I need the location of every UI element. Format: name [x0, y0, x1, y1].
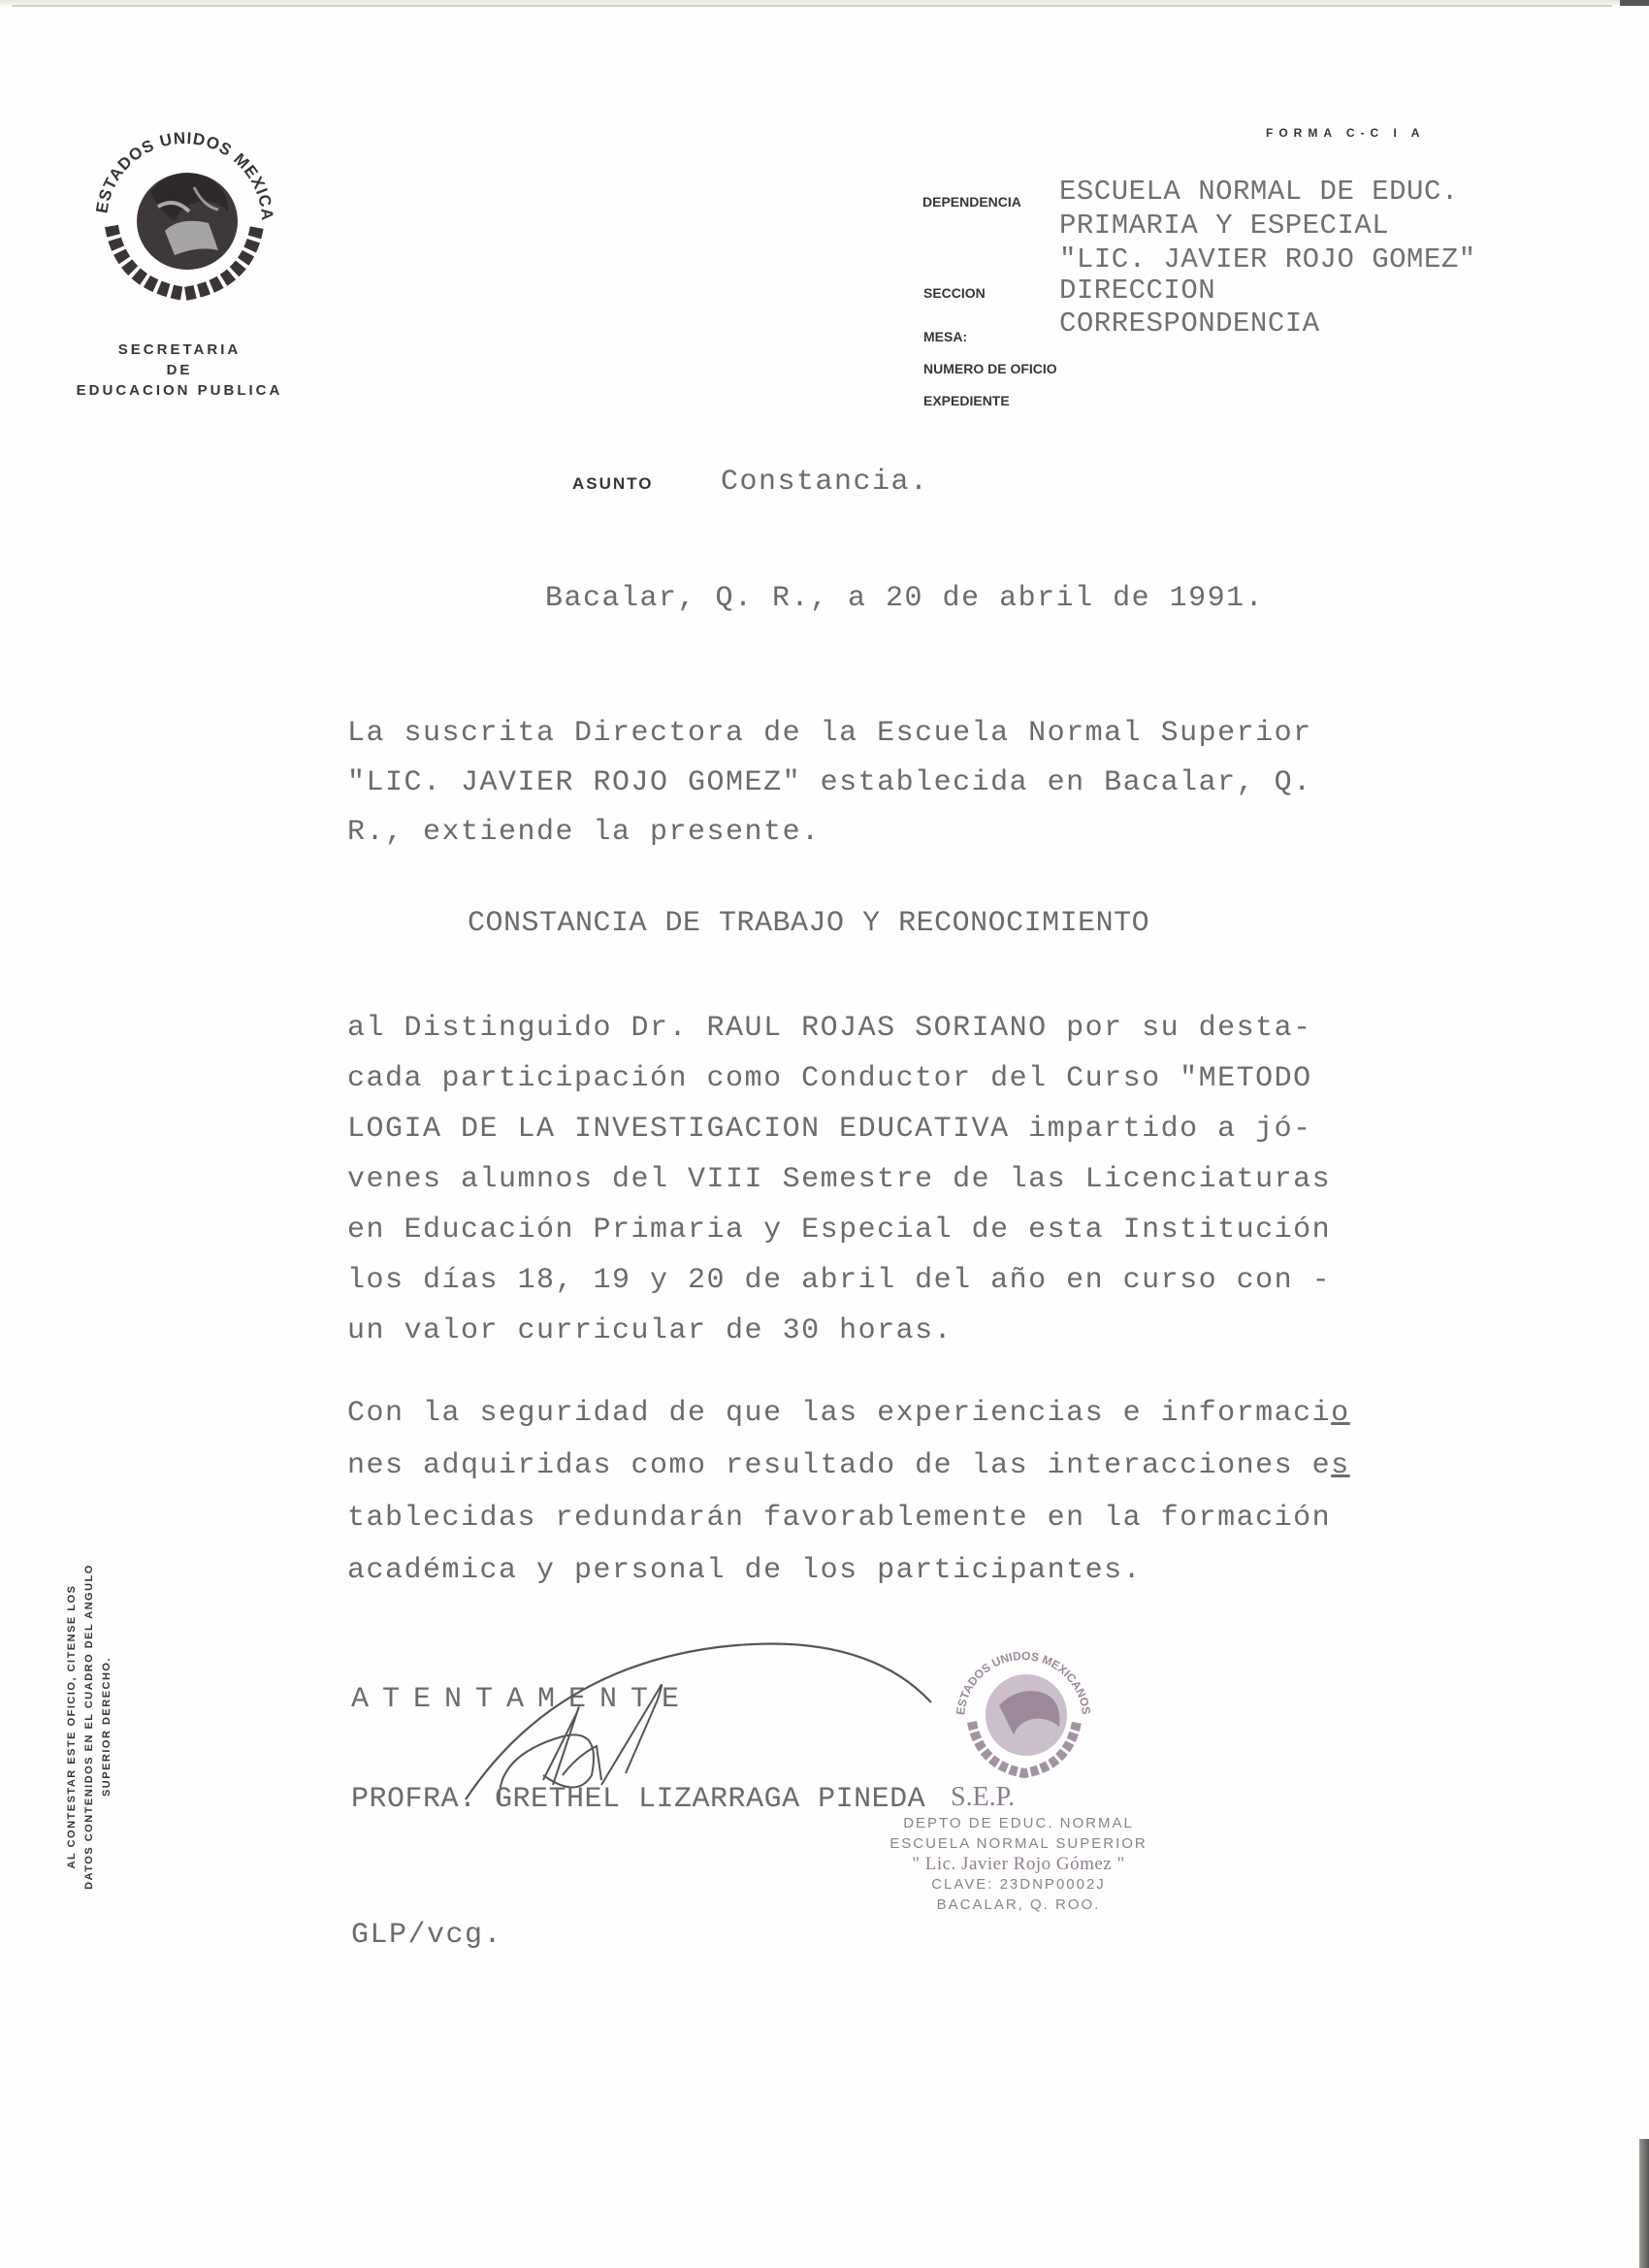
mesa-value: CORRESPONDENCIA	[1059, 309, 1320, 338]
dependencia-label: DEPENDENCIA	[922, 194, 1021, 210]
place-date: Bacalar, Q. R., a 20 de abril de 1991.	[545, 582, 1264, 615]
seccion-label: SECCION	[923, 285, 986, 301]
mexican-coat-of-arms-seal-icon: ESTADOS UNIDOS MEXICANOS	[82, 114, 286, 318]
form-code: FORMA C-C I A	[1266, 126, 1425, 140]
scan-edge-shadow-top	[1620, 0, 1649, 6]
dependencia-value-line-1: ESCUELA NORMAL DE EDUC.	[1059, 178, 1459, 206]
mesa-label: MESA:	[923, 329, 967, 344]
asunto-label: ASUNTO	[572, 474, 653, 494]
signer-name: PROFRA. GRETHEL LIZARRAGA PINEDA	[351, 1783, 925, 1816]
ministry-name: SECRETARIA DE EDUCACION PUBLICA	[58, 340, 301, 401]
body-paragraph-1: La suscrita Directora de la Escuela Norm…	[347, 709, 1312, 858]
asunto-value: Constancia.	[721, 466, 929, 499]
official-stamp-seal-icon: ESTADOS UNIDOS MEXICANOS	[951, 1639, 1096, 1785]
dependencia-value-line-3: "LIC. JAVIER ROJO GOMEZ"	[1059, 245, 1476, 274]
stamp-agency: S.E.P.	[951, 1782, 1183, 1813]
numero-de-oficio-label: NUMERO DE OFICIO	[923, 361, 1057, 376]
reference-initials: GLP/vcg.	[351, 1919, 502, 1952]
scan-edge-shadow	[1639, 2139, 1649, 2268]
body-paragraph-3: Con la seguridad de que las experiencias…	[347, 1387, 1350, 1597]
official-stamp: S.E.P. DEPTO DE EDUC. NORMAL ESCUELA NOR…	[854, 1782, 1183, 1915]
margin-instruction-note: AL CONTESTAR ESTE OFICIO, CITENSE LOS DA…	[41, 1504, 138, 1950]
seccion-value: DIRECCION	[1059, 276, 1215, 305]
expediente-label: EXPEDIENTE	[923, 393, 1010, 408]
body-paragraph-2: al Distinguido Dr. RAUL ROJAS SORIANO po…	[347, 1003, 1331, 1356]
document-title: CONSTANCIA DE TRABAJO Y RECONOCIMIENTO	[468, 907, 1149, 940]
paper-top-edge-line	[12, 5, 1612, 7]
dependencia-value-line-2: PRIMARIA Y ESPECIAL	[1059, 211, 1389, 240]
